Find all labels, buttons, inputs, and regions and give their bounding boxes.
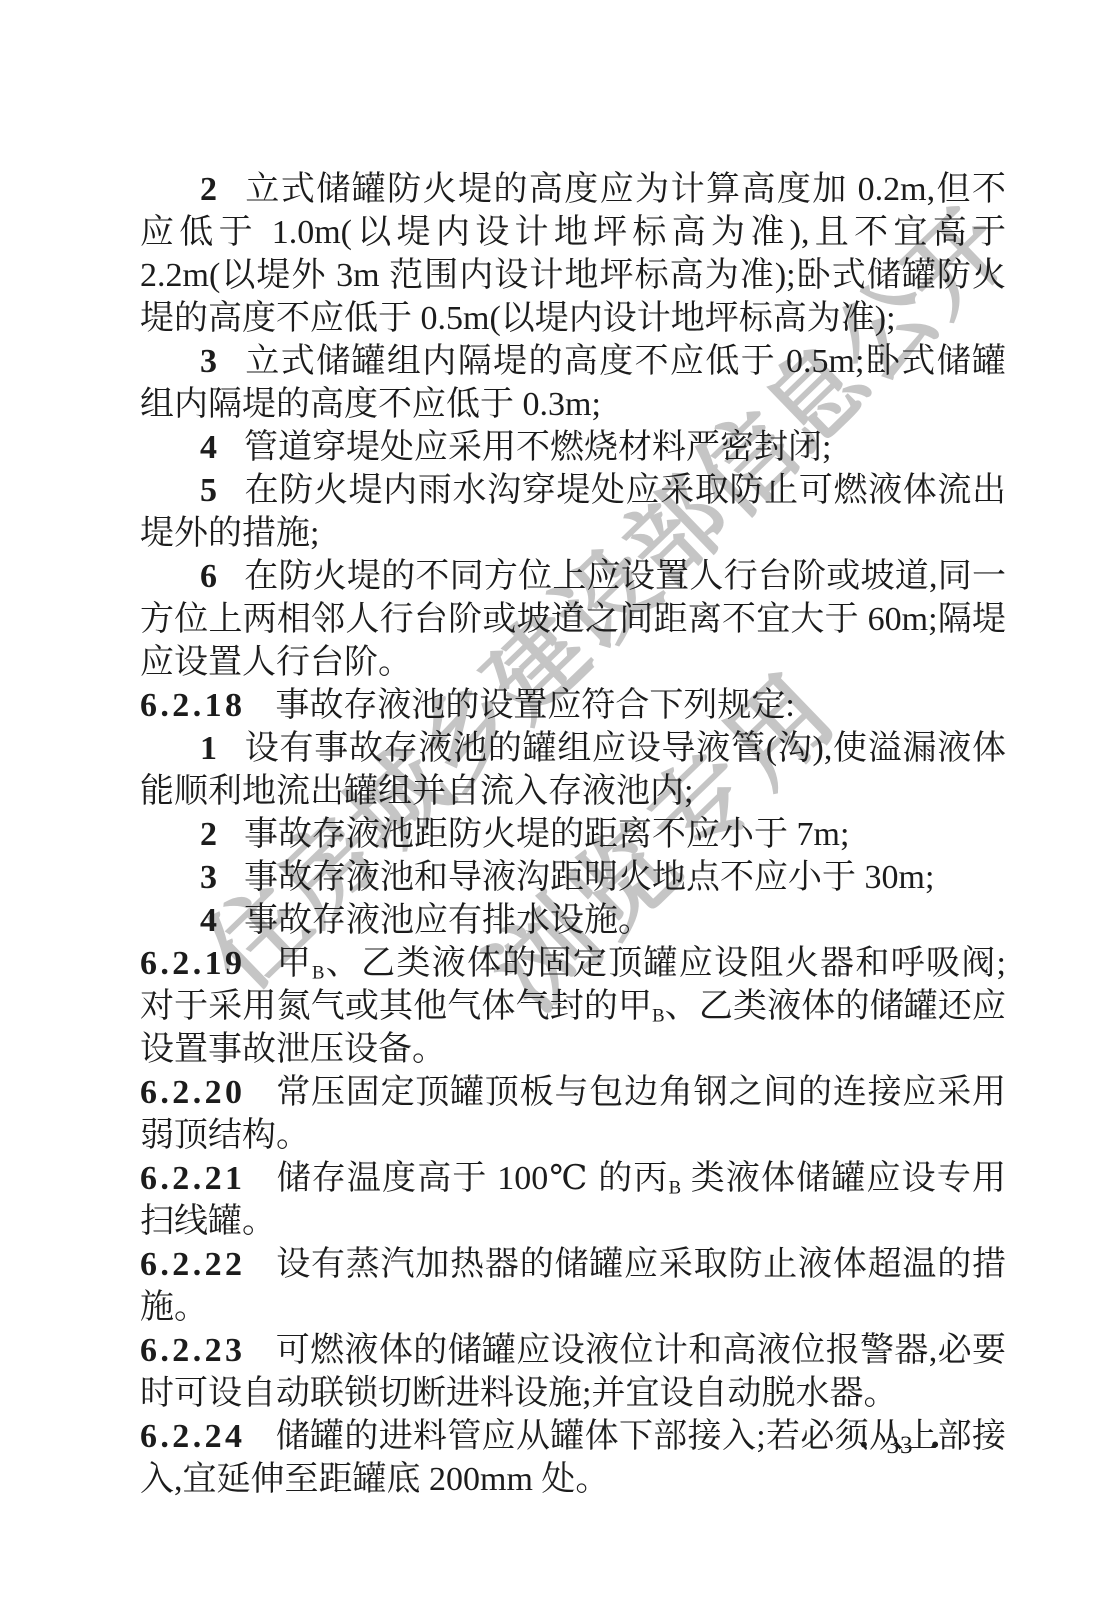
clause-number: 6.2.24 <box>140 1418 245 1455</box>
subscript-b: B <box>652 1006 664 1027</box>
document-text: 2立式储罐防火堤的高度应为计算高度加 0.2m,但不应低于 1.0m(以堤内设计… <box>140 168 1006 1501</box>
clause-6-2-23: 6.2.23可燃液体的储罐应设液位计和高液位报警器,必要时可设自动联锁切断进料设… <box>140 1329 1006 1415</box>
item-number: 5 <box>200 472 217 509</box>
item-text: 在防火堤的不同方位上应设置人行台阶或坡道,同一方位上两相邻人行台阶或坡道之间距离… <box>140 558 1006 681</box>
item-text: 事故存液池距防火堤的距离不应小于 7m; <box>244 816 849 853</box>
item-text: 事故存液池应有排水设施。 <box>244 902 652 939</box>
list-item-5: 5在防火堤内雨水沟穿堤处应采取防止可燃液体流出堤外的措施; <box>140 469 1006 555</box>
item-number: 4 <box>200 429 217 466</box>
clause-text: 储存温度高于 100℃ 的丙 <box>275 1160 668 1197</box>
clause-text: 可燃液体的储罐应设液位计和高液位报警器,必要时可设自动联锁切断进料设施;并宜设自… <box>140 1332 1006 1412</box>
item-number: 3 <box>200 859 217 896</box>
list-item-2: 2立式储罐防火堤的高度应为计算高度加 0.2m,但不应低于 1.0m(以堤内设计… <box>140 168 1006 340</box>
list-item-6: 6在防火堤的不同方位上应设置人行台阶或坡道,同一方位上两相邻人行台阶或坡道之间距… <box>140 555 1006 684</box>
clause-number: 6.2.22 <box>140 1246 245 1283</box>
subscript-b: B <box>312 963 324 984</box>
list-item-4: 4管道穿堤处应采用不燃烧材料严密封闭; <box>140 426 1006 469</box>
clause-6-2-19: 6.2.19甲B、乙类液体的固定顶罐应设阻火器和呼吸阀;对于采用氮气或其他气体气… <box>140 942 1006 1071</box>
item-number: 3 <box>200 343 217 380</box>
list-item-2b: 2事故存液池距防火堤的距离不应小于 7m; <box>140 813 1006 856</box>
clause-text: 常压固定顶罐顶板与包边角钢之间的连接应采用弱顶结构。 <box>140 1074 1006 1154</box>
item-text: 立式储罐组内隔堤的高度不应低于 0.5m;卧式储罐组内隔堤的高度不应低于 0.3… <box>140 343 1006 423</box>
clause-number: 6.2.20 <box>140 1074 245 1111</box>
clause-number: 6.2.19 <box>140 945 245 982</box>
item-number: 2 <box>200 171 217 208</box>
page-number: • 33 • <box>845 1432 955 1460</box>
item-text: 在防火堤内雨水沟穿堤处应采取防止可燃液体流出堤外的措施; <box>140 472 1006 552</box>
list-item-1: 1设有事故存液池的罐组应设导液管(沟),使溢漏液体能顺利地流出罐组并自流入存液池… <box>140 727 1006 813</box>
clause-6-2-18: 6.2.18事故存液池的设置应符合下列规定: <box>140 684 1006 727</box>
list-item-3b: 3事故存液池和导液沟距明火地点不应小于 30m; <box>140 856 1006 899</box>
clause-number: 6.2.23 <box>140 1332 245 1369</box>
item-number: 6 <box>200 558 217 595</box>
clause-number: 6.2.21 <box>140 1160 245 1197</box>
subscript-b: B <box>669 1178 681 1199</box>
list-item-4b: 4事故存液池应有排水设施。 <box>140 899 1006 942</box>
clause-text: 设有蒸汽加热器的储罐应采取防止液体超温的措施。 <box>140 1246 1006 1326</box>
document-page: 住房城乡建设部信息公开 浏览专用 2立式储罐防火堤的高度应为计算高度加 0.2m… <box>0 0 1102 1598</box>
item-text: 立式储罐防火堤的高度应为计算高度加 0.2m,但不应低于 1.0m(以堤内设计地… <box>140 171 1006 337</box>
clause-text: 事故存液池的设置应符合下列规定: <box>275 687 794 724</box>
clause-number: 6.2.18 <box>140 687 245 724</box>
item-number: 1 <box>200 730 217 767</box>
item-number: 4 <box>200 902 217 939</box>
clause-text: 甲 <box>275 945 312 982</box>
item-text: 事故存液池和导液沟距明火地点不应小于 30m; <box>244 859 934 896</box>
item-text: 管道穿堤处应采用不燃烧材料严密封闭; <box>244 429 831 466</box>
list-item-3: 3立式储罐组内隔堤的高度不应低于 0.5m;卧式储罐组内隔堤的高度不应低于 0.… <box>140 340 1006 426</box>
clause-6-2-20: 6.2.20常压固定顶罐顶板与包边角钢之间的连接应采用弱顶结构。 <box>140 1071 1006 1157</box>
clause-6-2-22: 6.2.22设有蒸汽加热器的储罐应采取防止液体超温的措施。 <box>140 1243 1006 1329</box>
item-number: 2 <box>200 816 217 853</box>
clause-6-2-21: 6.2.21储存温度高于 100℃ 的丙B 类液体储罐应设专用扫线罐。 <box>140 1157 1006 1243</box>
item-text: 设有事故存液池的罐组应设导液管(沟),使溢漏液体能顺利地流出罐组并自流入存液池内… <box>140 730 1006 810</box>
